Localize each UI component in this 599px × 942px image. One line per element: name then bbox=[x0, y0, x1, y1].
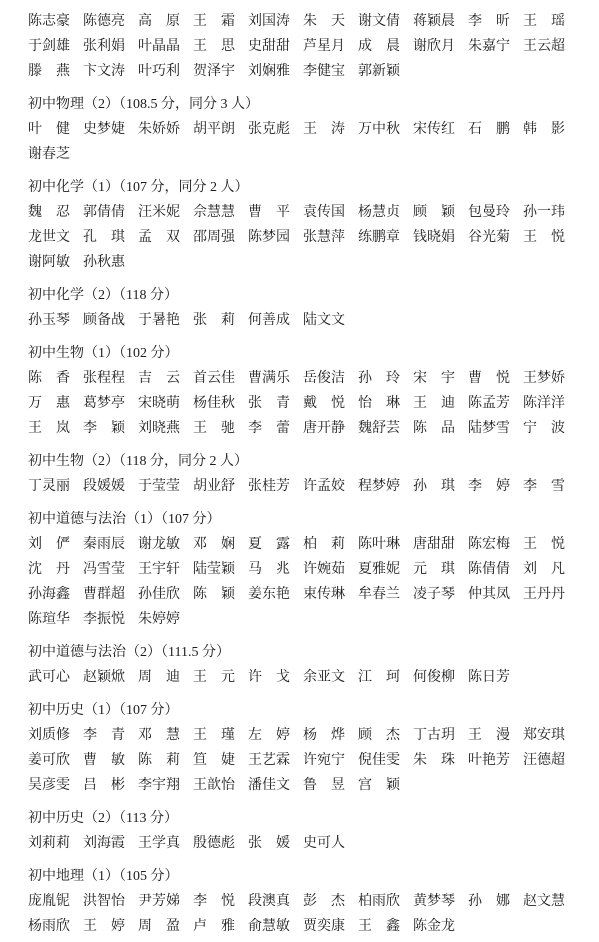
student-name: 叶艳芳 bbox=[468, 748, 510, 773]
student-name: 丁灵丽 bbox=[28, 474, 70, 499]
student-name: 潘佳文 bbox=[248, 773, 290, 798]
student-name: 史甜甜 bbox=[248, 34, 290, 59]
score-section: 初中历史（2）（113 分）刘莉莉刘海霞王学真殷德彪张媛史可人 bbox=[28, 806, 571, 856]
student-name: 姜可欣 bbox=[28, 748, 70, 773]
student-name: 王迪 bbox=[413, 391, 455, 416]
student-name: 李颖 bbox=[83, 416, 125, 441]
student-name: 秦雨辰 bbox=[83, 532, 125, 557]
student-name: 孙海鑫 bbox=[28, 582, 70, 607]
student-name: 郭倩倩 bbox=[83, 200, 125, 225]
student-name: 陈孟芳 bbox=[468, 391, 510, 416]
student-name: 葛梦亭 bbox=[83, 391, 125, 416]
score-section: 初中物理（2）（108.5 分，同分 3 人）叶健史梦婕朱娇娇胡平朗张克彪王涛万… bbox=[28, 92, 571, 167]
student-name: 余亚文 bbox=[303, 665, 345, 690]
student-name: 顾颖 bbox=[413, 200, 455, 225]
student-name: 谢文倩 bbox=[358, 9, 400, 34]
section-title: 初中化学（1）（107 分，同分 2 人） bbox=[28, 175, 571, 200]
student-name: 陈倩倩 bbox=[468, 557, 510, 582]
student-name: 包曼玲 bbox=[468, 200, 510, 225]
student-name: 马兆 bbox=[248, 557, 290, 582]
student-name: 孟双 bbox=[138, 225, 180, 250]
student-name: 王瑶 bbox=[523, 9, 565, 34]
student-name: 朱婷婷 bbox=[138, 607, 180, 632]
score-section: 初中道德与法治（2）（111.5 分）武可心赵颖焮周迪王元许戈余亚文江珂何俊柳陈… bbox=[28, 640, 571, 690]
student-name: 周迪 bbox=[138, 665, 180, 690]
student-name: 胡平朗 bbox=[193, 117, 235, 142]
student-name: 李宇翔 bbox=[138, 773, 180, 798]
student-name: 陈叶琳 bbox=[358, 532, 400, 557]
student-name: 卢雅 bbox=[193, 914, 235, 939]
student-name: 李健宝 bbox=[303, 59, 345, 84]
student-name: 孙玉琴 bbox=[28, 308, 70, 333]
student-name: 柏莉 bbox=[303, 532, 345, 557]
student-name: 王梦娇 bbox=[523, 366, 565, 391]
student-name: 束传琳 bbox=[303, 582, 345, 607]
score-section: 初中道德与法治（1）（107 分）刘俨秦雨辰谢龙敏邓娴夏露柏莉陈叶琳唐甜甜陈宏梅… bbox=[28, 507, 571, 632]
student-name: 吴彦雯 bbox=[28, 773, 70, 798]
student-name: 卞文涛 bbox=[83, 59, 125, 84]
student-name: 史可人 bbox=[303, 831, 345, 856]
student-name: 孙琪 bbox=[413, 474, 455, 499]
student-name: 宁波 bbox=[523, 416, 565, 441]
student-name: 叶健 bbox=[28, 117, 70, 142]
student-name: 孔琪 bbox=[83, 225, 125, 250]
section-names-block: 刘俨秦雨辰谢龙敏邓娴夏露柏莉陈叶琳唐甜甜陈宏梅王悦沈丹冯雪莹王宇轩陆莹颖马兆许婉… bbox=[28, 532, 571, 632]
section-names-block: 庞胤铌洪智怡尹芳娣李悦段澳真彭杰柏雨欣黄梦琴孙娜赵文慧杨雨欣王婷周盈卢雅俞慧敏贾… bbox=[28, 889, 571, 939]
student-name: 朱珠 bbox=[413, 748, 455, 773]
student-name: 张克彪 bbox=[248, 117, 290, 142]
student-name: 宋晓萌 bbox=[138, 391, 180, 416]
student-name: 王漫 bbox=[468, 723, 510, 748]
student-name: 史梦婕 bbox=[83, 117, 125, 142]
student-name: 杨慧贞 bbox=[358, 200, 400, 225]
student-name: 魏舒芸 bbox=[358, 416, 400, 441]
score-section: 初中化学（2）（118 分）孙玉琴顾备战于暑艳张莉何善成陆文文 bbox=[28, 283, 571, 333]
student-name: 成晨 bbox=[358, 34, 400, 59]
student-name: 曹满乐 bbox=[248, 366, 290, 391]
student-name: 洪智怡 bbox=[83, 889, 125, 914]
student-name: 鲁昱 bbox=[303, 773, 345, 798]
student-name: 陈梦园 bbox=[248, 225, 290, 250]
student-name: 王宇轩 bbox=[138, 557, 180, 582]
student-name: 曹悦 bbox=[468, 366, 510, 391]
student-name: 钱晓娟 bbox=[413, 225, 455, 250]
section-title: 初中生物（1）（102 分） bbox=[28, 341, 571, 366]
student-name: 凌子琴 bbox=[413, 582, 455, 607]
student-name: 陈颖 bbox=[193, 582, 235, 607]
student-name: 王霜 bbox=[193, 9, 235, 34]
student-name: 刘娴雅 bbox=[248, 59, 290, 84]
student-name: 许宛宁 bbox=[303, 748, 345, 773]
student-name: 段媛媛 bbox=[83, 474, 125, 499]
student-name: 朱娇娇 bbox=[138, 117, 180, 142]
student-name: 陆莹颖 bbox=[193, 557, 235, 582]
student-name: 周盈 bbox=[138, 914, 180, 939]
student-name: 于剑雄 bbox=[28, 34, 70, 59]
student-name: 仲其凤 bbox=[468, 582, 510, 607]
student-name: 胡业舒 bbox=[193, 474, 235, 499]
student-name: 彭杰 bbox=[303, 889, 345, 914]
student-name: 王婷 bbox=[83, 914, 125, 939]
student-name: 尹芳娣 bbox=[138, 889, 180, 914]
student-name: 叶晶晶 bbox=[138, 34, 180, 59]
student-name: 殷德彪 bbox=[193, 831, 235, 856]
student-name: 江珂 bbox=[358, 665, 400, 690]
section-title: 初中化学（2）（118 分） bbox=[28, 283, 571, 308]
student-name: 宋宇 bbox=[413, 366, 455, 391]
student-name: 程梦婷 bbox=[358, 474, 400, 499]
student-name: 武可心 bbox=[28, 665, 70, 690]
student-name: 张莉 bbox=[193, 308, 235, 333]
student-name: 唐开静 bbox=[303, 416, 345, 441]
student-name: 谢春芝 bbox=[28, 142, 70, 167]
student-name: 许孟姣 bbox=[303, 474, 345, 499]
student-name: 刘莉莉 bbox=[28, 831, 70, 856]
student-name: 张慧萍 bbox=[303, 225, 345, 250]
student-name: 杨雨欣 bbox=[28, 914, 70, 939]
section-names-block: 叶健史梦婕朱娇娇胡平朗张克彪王涛万中秋宋传红石鹏韩影谢春芝 bbox=[28, 117, 571, 167]
section-names-block: 刘质修李青邓慧王瑾左婷杨烨顾杰丁古玥王漫郑安琪姜可欣曹敏陈莉笪婕王艺霖许宛宁倪佳… bbox=[28, 723, 571, 798]
student-name: 陈品 bbox=[413, 416, 455, 441]
student-name: 曹群超 bbox=[83, 582, 125, 607]
student-name: 陈德亮 bbox=[83, 9, 125, 34]
student-name: 曹敏 bbox=[83, 748, 125, 773]
student-name: 李昕 bbox=[468, 9, 510, 34]
student-name: 王瑾 bbox=[193, 723, 235, 748]
student-name: 段澳真 bbox=[248, 889, 290, 914]
student-name: 张利娟 bbox=[83, 34, 125, 59]
student-name: 邓慧 bbox=[138, 723, 180, 748]
student-name: 黄梦琴 bbox=[413, 889, 455, 914]
student-name: 许婉茹 bbox=[303, 557, 345, 582]
student-name: 于暑艳 bbox=[138, 308, 180, 333]
student-name: 王思 bbox=[193, 34, 235, 59]
section-names-block: 陈香张程程吉云首云佳曹满乐岳俊洁孙玲宋宇曹悦王梦娇万惠葛梦亭宋晓萌杨佳秋张青戴悦… bbox=[28, 366, 571, 441]
document-page: 陈志豪陈德亮高原王霜刘国涛朱天谢文倩蒋颖晨李昕王瑶于剑雄张利娟叶晶晶王思史甜甜芦… bbox=[0, 0, 599, 942]
student-name: 杨佳秋 bbox=[193, 391, 235, 416]
student-name: 刘海霞 bbox=[83, 831, 125, 856]
section-title: 初中历史（1）（107 分） bbox=[28, 698, 571, 723]
student-name: 王悦 bbox=[523, 225, 565, 250]
student-name: 汪米妮 bbox=[138, 200, 180, 225]
score-section: 初中地理（1）（105 分）庞胤铌洪智怡尹芳娣李悦段澳真彭杰柏雨欣黄梦琴孙娜赵文… bbox=[28, 864, 571, 939]
student-name: 笪婕 bbox=[193, 748, 235, 773]
student-name: 王歆怡 bbox=[193, 773, 235, 798]
section-title: 初中道德与法治（1）（107 分） bbox=[28, 507, 571, 532]
student-name: 李悦 bbox=[193, 889, 235, 914]
student-name: 邵周强 bbox=[193, 225, 235, 250]
student-name: 姜东艳 bbox=[248, 582, 290, 607]
student-name: 高原 bbox=[138, 9, 180, 34]
student-name: 邓娴 bbox=[193, 532, 235, 557]
student-name: 倪佳雯 bbox=[358, 748, 400, 773]
student-name: 郑安琪 bbox=[523, 723, 565, 748]
score-section: 初中生物（1）（102 分）陈香张程程吉云首云佳曹满乐岳俊洁孙玲宋宇曹悦王梦娇万… bbox=[28, 341, 571, 441]
student-name: 庞胤铌 bbox=[28, 889, 70, 914]
student-name: 杨烨 bbox=[303, 723, 345, 748]
student-name: 何善成 bbox=[248, 308, 290, 333]
student-name: 王岚 bbox=[28, 416, 70, 441]
section-names-block: 刘莉莉刘海霞王学真殷德彪张媛史可人 bbox=[28, 831, 571, 856]
student-name: 陈瑄华 bbox=[28, 607, 70, 632]
student-name: 王涛 bbox=[303, 117, 345, 142]
student-name: 谢龙敏 bbox=[138, 532, 180, 557]
student-name: 李婷 bbox=[468, 474, 510, 499]
student-name: 许戈 bbox=[248, 665, 290, 690]
student-name: 王悦 bbox=[523, 532, 565, 557]
student-name: 吕彬 bbox=[83, 773, 125, 798]
student-name: 俞慧敏 bbox=[248, 914, 290, 939]
student-name: 滕燕 bbox=[28, 59, 70, 84]
student-name: 夏露 bbox=[248, 532, 290, 557]
student-name: 贺泽宇 bbox=[193, 59, 235, 84]
student-name: 陈宏梅 bbox=[468, 532, 510, 557]
student-name: 戴悦 bbox=[303, 391, 345, 416]
student-name: 魏忍 bbox=[28, 200, 70, 225]
section-title: 初中生物（2）（118 分，同分 2 人） bbox=[28, 449, 571, 474]
student-name: 王云超 bbox=[523, 34, 565, 59]
student-name: 陈金龙 bbox=[413, 914, 455, 939]
student-name: 顾备战 bbox=[83, 308, 125, 333]
student-name: 怡琳 bbox=[358, 391, 400, 416]
student-name: 宫颖 bbox=[358, 773, 400, 798]
student-name: 袁传国 bbox=[303, 200, 345, 225]
section-title: 初中道德与法治（2）（111.5 分） bbox=[28, 640, 571, 665]
student-name: 谢欣月 bbox=[413, 34, 455, 59]
score-section: 初中历史（1）（107 分）刘质修李青邓慧王瑾左婷杨烨顾杰丁古玥王漫郑安琪姜可欣… bbox=[28, 698, 571, 798]
student-name: 何俊柳 bbox=[413, 665, 455, 690]
section-names-block: 丁灵丽段媛媛于莹莹胡业舒张桂芳许孟姣程梦婷孙琪李婷李雪 bbox=[28, 474, 571, 499]
student-name: 孙玲 bbox=[358, 366, 400, 391]
student-name: 韩影 bbox=[523, 117, 565, 142]
student-name: 左婷 bbox=[248, 723, 290, 748]
student-name: 刘凡 bbox=[523, 557, 565, 582]
student-name: 柏雨欣 bbox=[358, 889, 400, 914]
student-name: 叶巧利 bbox=[138, 59, 180, 84]
student-name: 岳俊洁 bbox=[303, 366, 345, 391]
student-name: 王驰 bbox=[193, 416, 235, 441]
student-name: 万中秋 bbox=[358, 117, 400, 142]
student-name: 孙一玮 bbox=[523, 200, 565, 225]
student-name: 张青 bbox=[248, 391, 290, 416]
student-name: 顾杰 bbox=[358, 723, 400, 748]
student-name: 龙世文 bbox=[28, 225, 70, 250]
student-name: 曹平 bbox=[248, 200, 290, 225]
sections-container: 初中物理（2）（108.5 分，同分 3 人）叶健史梦婕朱娇娇胡平朗张克彪王涛万… bbox=[28, 92, 571, 939]
student-name: 朱嘉宁 bbox=[468, 34, 510, 59]
student-name: 郭新颖 bbox=[358, 59, 400, 84]
student-name: 李雪 bbox=[523, 474, 565, 499]
student-name: 陈香 bbox=[28, 366, 70, 391]
student-name: 朱天 bbox=[303, 9, 345, 34]
student-name: 石鹏 bbox=[468, 117, 510, 142]
score-section: 初中化学（1）（107 分，同分 2 人）魏忍郭倩倩汪米妮佘慧慧曹平袁传国杨慧贞… bbox=[28, 175, 571, 275]
student-name: 王鑫 bbox=[358, 914, 400, 939]
student-name: 孙佳欣 bbox=[138, 582, 180, 607]
student-name: 沈丹 bbox=[28, 557, 70, 582]
student-name: 王丹丹 bbox=[523, 582, 565, 607]
student-name: 练鹏章 bbox=[358, 225, 400, 250]
student-name: 刘国涛 bbox=[248, 9, 290, 34]
student-name: 王艺霖 bbox=[248, 748, 290, 773]
section-title: 初中物理（2）（108.5 分，同分 3 人） bbox=[28, 92, 571, 117]
section-title: 初中地理（1）（105 分） bbox=[28, 864, 571, 889]
student-name: 于莹莹 bbox=[138, 474, 180, 499]
student-name: 汪德超 bbox=[523, 748, 565, 773]
student-name: 刘俨 bbox=[28, 532, 70, 557]
student-name: 李蕾 bbox=[248, 416, 290, 441]
student-name: 夏雅妮 bbox=[358, 557, 400, 582]
student-name: 蒋颖晨 bbox=[413, 9, 455, 34]
section-names-block: 魏忍郭倩倩汪米妮佘慧慧曹平袁传国杨慧贞顾颖包曼玲孙一玮龙世文孔琪孟双邵周强陈梦园… bbox=[28, 200, 571, 275]
section-title: 初中历史（2）（113 分） bbox=[28, 806, 571, 831]
student-name: 陈日芳 bbox=[468, 665, 510, 690]
student-name: 佘慧慧 bbox=[193, 200, 235, 225]
student-name: 刘晓燕 bbox=[138, 416, 180, 441]
section-names-block: 孙玉琴顾备战于暑艳张莉何善成陆文文 bbox=[28, 308, 571, 333]
student-name: 吉云 bbox=[138, 366, 180, 391]
student-name: 元琪 bbox=[413, 557, 455, 582]
student-name: 张桂芳 bbox=[248, 474, 290, 499]
student-name: 赵颖焮 bbox=[83, 665, 125, 690]
score-section: 初中生物（2）（118 分，同分 2 人）丁灵丽段媛媛于莹莹胡业舒张桂芳许孟姣程… bbox=[28, 449, 571, 499]
student-name: 首云佳 bbox=[193, 366, 235, 391]
student-name: 丁古玥 bbox=[413, 723, 455, 748]
student-name: 谢阿敏 bbox=[28, 250, 70, 275]
student-name: 牟春兰 bbox=[358, 582, 400, 607]
student-name: 李青 bbox=[83, 723, 125, 748]
student-name: 张程程 bbox=[83, 366, 125, 391]
student-name: 冯雪莹 bbox=[83, 557, 125, 582]
student-name: 唐甜甜 bbox=[413, 532, 455, 557]
overflow-names-block: 陈志豪陈德亮高原王霜刘国涛朱天谢文倩蒋颖晨李昕王瑶于剑雄张利娟叶晶晶王思史甜甜芦… bbox=[28, 9, 571, 84]
student-name: 王元 bbox=[193, 665, 235, 690]
student-name: 孙娜 bbox=[468, 889, 510, 914]
student-name: 陈洋洋 bbox=[523, 391, 565, 416]
student-name: 陈志豪 bbox=[28, 9, 70, 34]
section-names-block: 武可心赵颖焮周迪王元许戈余亚文江珂何俊柳陈日芳 bbox=[28, 665, 571, 690]
student-name: 刘质修 bbox=[28, 723, 70, 748]
student-name: 陆梦雪 bbox=[468, 416, 510, 441]
student-name: 万惠 bbox=[28, 391, 70, 416]
student-name: 李振悦 bbox=[83, 607, 125, 632]
student-name: 谷光菊 bbox=[468, 225, 510, 250]
student-name: 陈莉 bbox=[138, 748, 180, 773]
student-name: 宋传红 bbox=[413, 117, 455, 142]
student-name: 芦星月 bbox=[303, 34, 345, 59]
student-name: 张媛 bbox=[248, 831, 290, 856]
student-name: 赵文慧 bbox=[523, 889, 565, 914]
student-name: 孙秋惠 bbox=[83, 250, 125, 275]
student-name: 王学真 bbox=[138, 831, 180, 856]
student-name: 贾奕康 bbox=[303, 914, 345, 939]
student-name: 陆文文 bbox=[303, 308, 345, 333]
